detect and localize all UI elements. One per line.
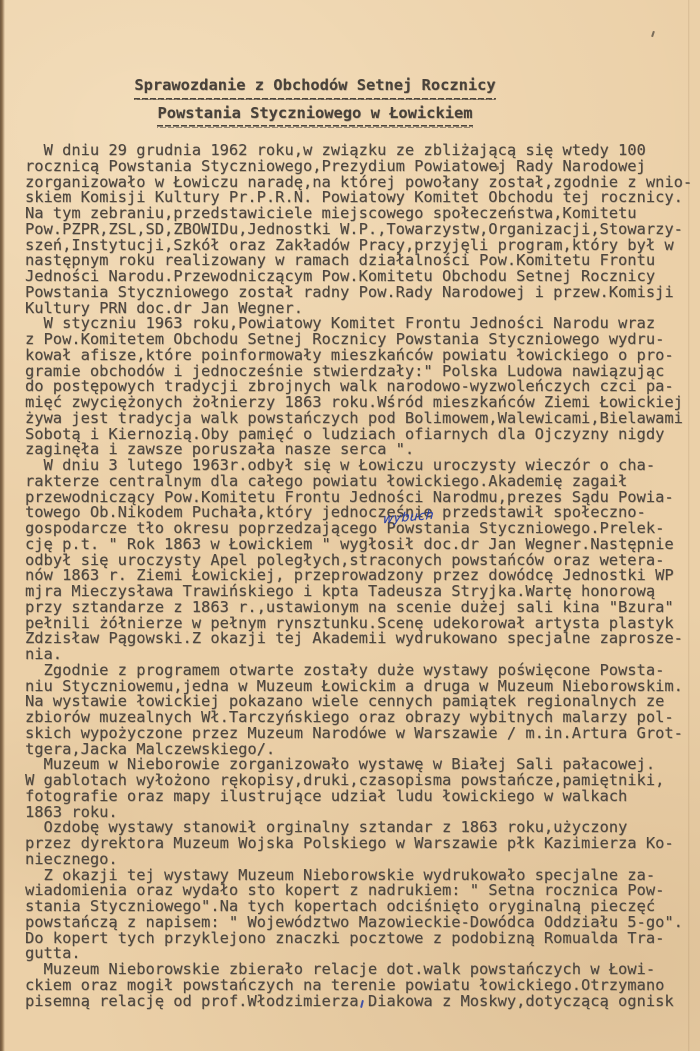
paper-speck [496, 166, 499, 170]
page-left-edge-shadow [0, 0, 5, 1051]
document-body-text: W dniu 29 grudnia 1962 roku,w związku ze… [25, 143, 697, 1009]
paper-speck [540, 705, 542, 707]
text-line: Zdzisław Pągowski.Z okazji tej Akademii … [25, 631, 697, 647]
title-line-2: Powstania Styczniowego w Łowickiem [157, 101, 472, 129]
text-line: fotografie oraz mapy ilustrujące udział … [25, 789, 697, 805]
text-line: Do kopert tych przyklejono znaczki poczt… [25, 931, 697, 947]
document-title: Sprawozdanie z Obchodów Setnej Rocznicy … [0, 73, 630, 128]
title-line-1: Sprawozdanie z Obchodów Setnej Rocznicy [134, 73, 495, 101]
text-line: przez dyrektora Muzeum Wojska Polskiego … [25, 836, 697, 852]
